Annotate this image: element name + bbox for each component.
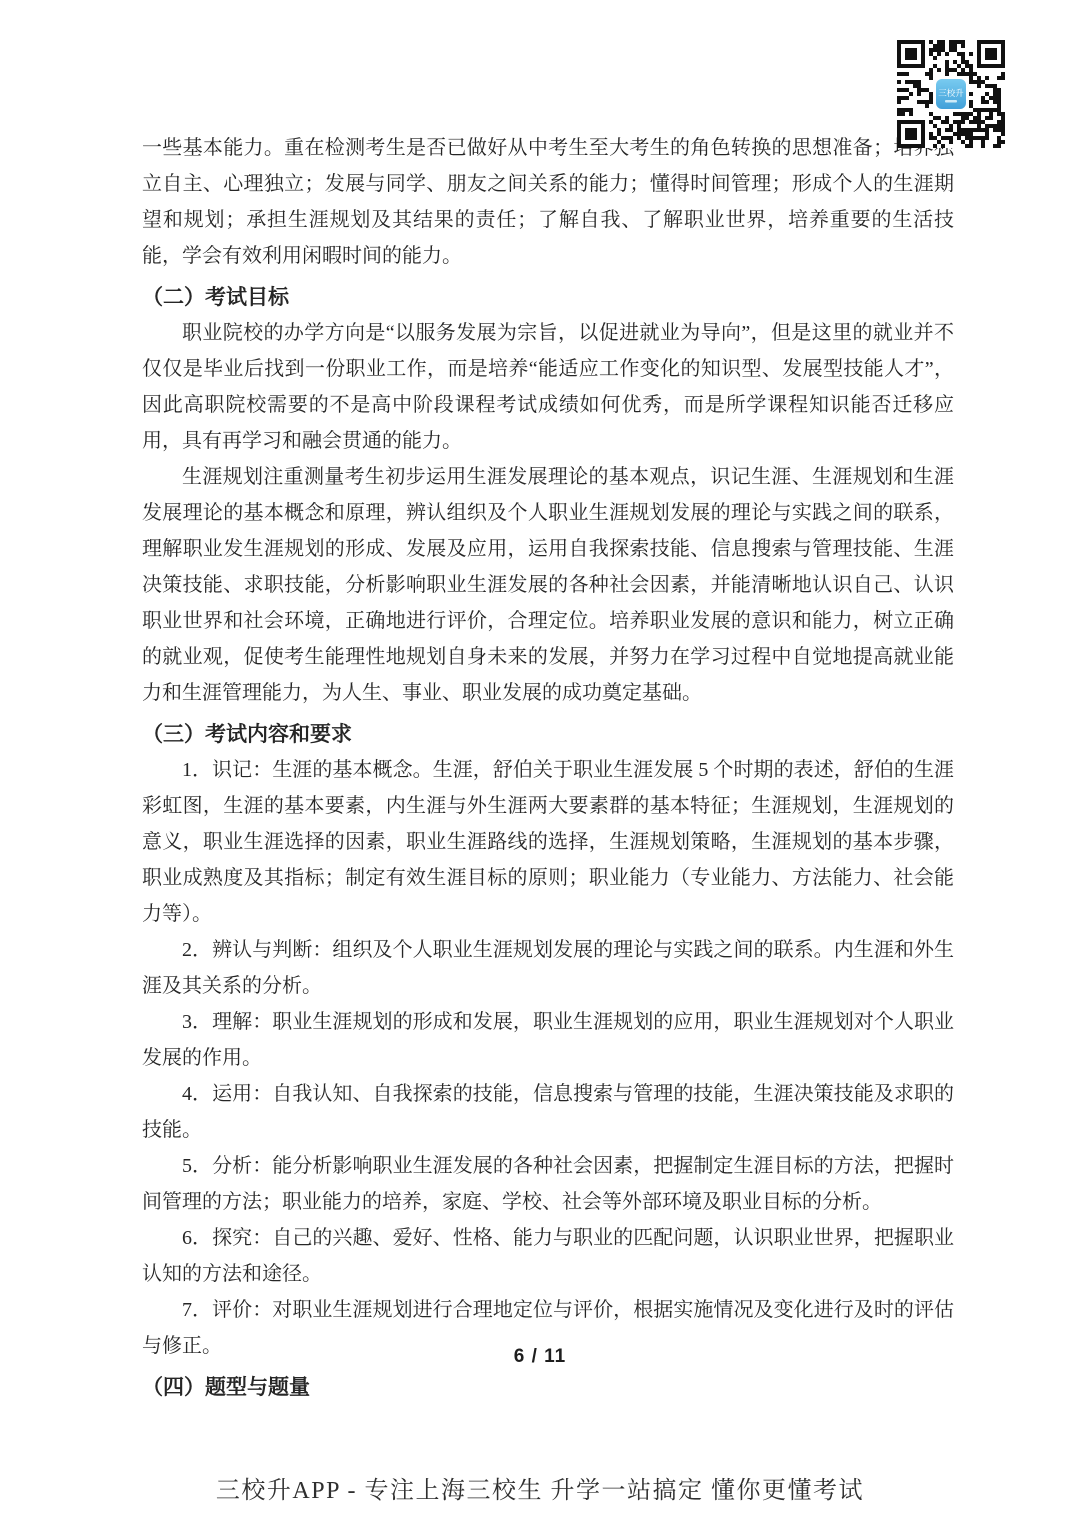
section-heading-question-types: （四）题型与题量 bbox=[142, 1369, 954, 1405]
page-number: 6 / 11 bbox=[0, 1346, 1080, 1368]
list-item-6: 6．探究：自己的兴趣、爱好、性格、能力与职业的匹配问题，认识职业世界，把握职业认… bbox=[142, 1220, 954, 1292]
list-item-3: 3．理解：职业生涯规划的形成和发展，职业生涯规划的应用，职业生涯规划对个人职业发… bbox=[142, 1004, 954, 1076]
paragraph: 职业院校的办学方向是“以服务发展为宗旨，以促进就业为导向”，但是这里的就业并不仅… bbox=[142, 315, 954, 459]
section-heading-exam-objectives: （二）考试目标 bbox=[142, 279, 954, 315]
paragraph: 生涯规划注重测量考生初步运用生涯发展理论的基本观点，识记生涯、生涯规划和生涯发展… bbox=[142, 459, 954, 711]
document-page: { "document": { "intro_paragraph": "一些基本… bbox=[0, 0, 1080, 1527]
list-item-5: 5．分析：能分析影响职业生涯发展的各种社会因素，把握制定生涯目标的方法，把握时间… bbox=[142, 1148, 954, 1220]
list-item-4: 4．运用：自我认知、自我探索的技能，信息搜索与管理的技能，生涯决策技能及求职的技… bbox=[142, 1076, 954, 1148]
list-item-2: 2．辨认与判断：组织及个人职业生涯规划发展的理论与实践之间的联系。内生涯和外生涯… bbox=[142, 932, 954, 1004]
qr-logo-label: 三校升 bbox=[938, 88, 964, 98]
footer-slogan: 三校升APP - 专注上海三校生 升学一站搞定 懂你更懂考试 bbox=[0, 1470, 1080, 1505]
qr-code-icon: 三校升 bbox=[897, 40, 1005, 148]
paragraph-continued: 一些基本能力。重在检测考生是否已做好从中考生至大考生的角色转换的思想准备；培养独… bbox=[142, 130, 954, 274]
section-heading-exam-content: （三）考试内容和要求 bbox=[142, 716, 954, 752]
document-body: 一些基本能力。重在检测考生是否已做好从中考生至大考生的角色转换的思想准备；培养独… bbox=[142, 130, 954, 1405]
list-item-1: 1．识记：生涯的基本概念。生涯，舒伯关于职业生涯发展 5 个时期的表述，舒伯的生… bbox=[142, 752, 954, 932]
qr-center-logo: 三校升 bbox=[936, 79, 966, 109]
